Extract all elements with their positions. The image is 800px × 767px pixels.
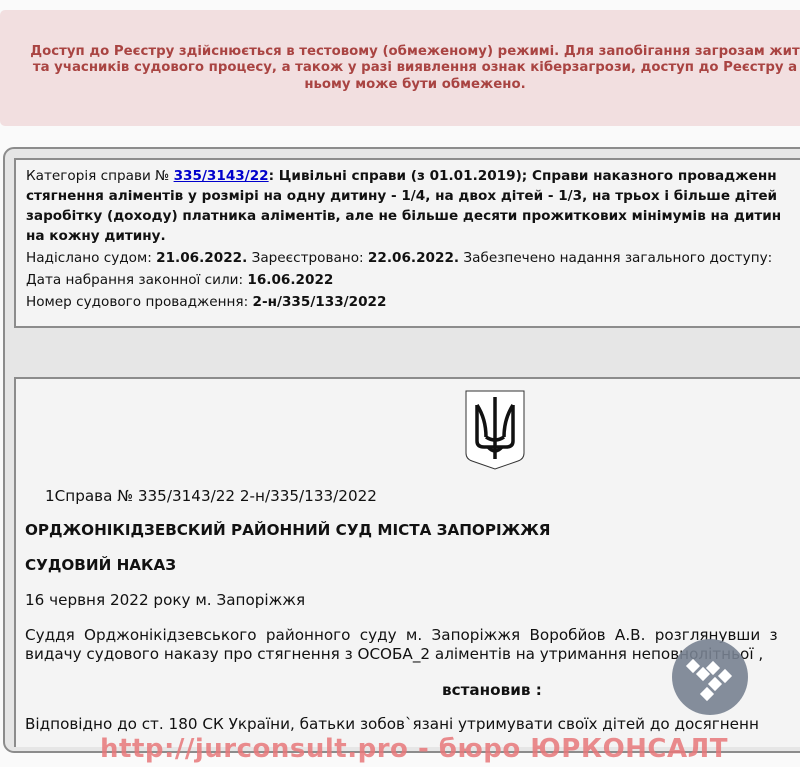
established-heading: встановив :: [442, 681, 542, 699]
registered-label: Зареєстровано:: [247, 250, 368, 266]
effective-row: Дата набрання законної сили: 16.06.2022: [26, 270, 800, 290]
paragraph-line: видачу судового наказу про стягнення з О…: [25, 645, 778, 664]
paragraph-line: Суддя Орджонікідзевського районного суду…: [25, 626, 778, 645]
sent-label: Надіслано судом:: [26, 250, 156, 266]
paragraph: Суддя Орджонікідзевського районного суду…: [25, 626, 778, 663]
effective-label: Дата набрання законної сили:: [26, 272, 247, 288]
access-label: Забезпечено надання загального доступу:: [459, 250, 772, 266]
alert-line: ньому може бути обмежено.: [0, 77, 800, 93]
case-number-link[interactable]: 335/3143/22: [174, 168, 269, 184]
jurconsult-logo-icon: [672, 639, 748, 715]
case-number-line: 1Справа № 335/3143/22 2-н/335/133/2022: [45, 487, 377, 505]
category-text: на кожну дитину.: [26, 226, 800, 246]
case-info-panel: Категорія справи № 335/3143/22: Цивільні…: [14, 158, 800, 328]
proceeding-number: 2-н/335/133/2022: [253, 294, 387, 310]
document-date: 16 червня 2022 року м. Запоріжжя: [25, 591, 305, 609]
alert-line: Доступ до Реєстру здійснюється в тестово…: [0, 44, 800, 60]
registered-date: 22.06.2022.: [368, 250, 459, 266]
coat-of-arms-icon: [464, 389, 526, 471]
watermark-text: http://jurconsult.pro - бюро ЮРКОНСАЛТ: [100, 734, 728, 764]
category-text: стягнення аліментів у розмірі на одну ди…: [26, 186, 800, 206]
category-text: : Цивільні справи (з 01.01.2019); Справи…: [269, 168, 777, 184]
effective-date: 16.06.2022: [247, 272, 333, 288]
sent-date: 21.06.2022.: [156, 250, 247, 266]
category-text: заробітку (доходу) платника аліментів, а…: [26, 206, 800, 226]
dates-row: Надіслано судом: 21.06.2022. Зареєстрова…: [26, 248, 800, 268]
document-title: СУДОВИЙ НАКАЗ: [25, 556, 176, 574]
proceeding-row: Номер судового провадження: 2-н/335/133/…: [26, 292, 800, 312]
proceeding-label: Номер судового провадження:: [26, 294, 253, 310]
test-mode-alert: Доступ до Реєстру здійснюється в тестово…: [0, 10, 800, 126]
alert-line: та учасників судового процесу, а також у…: [0, 60, 800, 76]
category-label: Категорія справи №: [26, 168, 174, 184]
paragraph: Відповідно до ст. 180 СК України, батьки…: [25, 715, 759, 733]
court-name: ОРДЖОНІКІДЗЕВСКИЙ РАЙОННИЙ СУД МІСТА ЗАП…: [25, 521, 550, 539]
